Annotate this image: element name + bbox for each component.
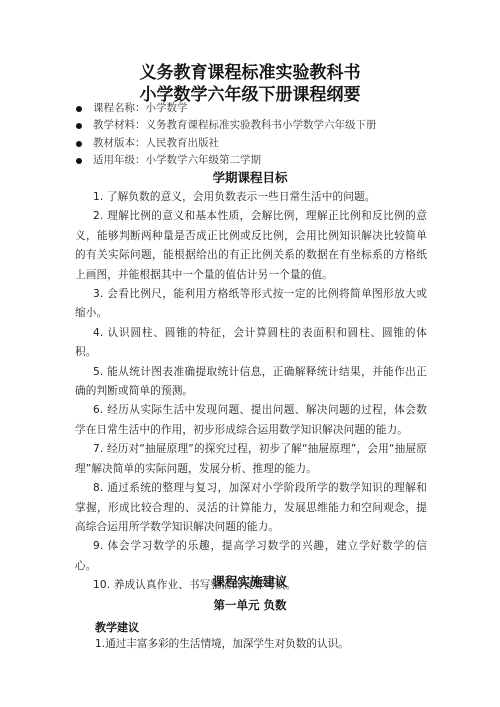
info-item-material: 教学材料：义务教育课程标准实验教科书小学数学六年级下册	[72, 117, 377, 134]
bullet-icon	[76, 158, 82, 164]
goal-item: 5. 能从统计图表准确提取统计信息，正确解释统计结果，并能作出正确的判断或简单的…	[75, 363, 427, 402]
goal-item: 6. 经历从实际生活中发现问题、提出问题、解决问题的过程，体会数学在日常生活中的…	[75, 401, 427, 440]
document-page: 义务教育课程标准实验教科书 小学数学六年级下册课程纲要 课程名称：小学数学 教学…	[0, 0, 500, 707]
goal-item: 4. 认识圆柱、圆锥的特征，会计算圆柱的表面积和圆柱、圆锥的体积。	[75, 324, 427, 363]
info-item-grade: 适用年级：小学数学六年级第二学期	[72, 152, 377, 169]
course-info-list: 课程名称：小学数学 教学材料：义务教育课程标准实验教科书小学数学六年级下册 教材…	[72, 100, 377, 169]
goals-list: 1. 了解负数的意义，会用负数表示一些日常生活中的问题。 2. 理解比例的意义和…	[75, 188, 427, 596]
goal-item: 1. 了解负数的意义，会用负数表示一些日常生活中的问题。	[75, 188, 427, 207]
goals-heading: 学期课程目标	[0, 168, 500, 186]
goal-item: 8. 通过系统的整理与复习，加深对小学阶段所学的数学知识的理解和掌握，形成比较合…	[75, 479, 427, 537]
goal-item: 3. 会看比例尺，能利用方格纸等形式按一定的比例将简单图形放大或缩小。	[75, 285, 427, 324]
unit-heading: 第一单元 负数	[0, 597, 500, 613]
info-item-edition: 教材版本：人民教育出版社	[72, 135, 377, 152]
bullet-icon	[76, 141, 82, 147]
bullet-icon	[76, 123, 82, 129]
goal-item: 7. 经历对“抽屉原理”的探究过程，初步了解“抽屉原理”，会用“抽屉原理”解决简…	[75, 440, 427, 479]
info-item-course-name: 课程名称：小学数学	[72, 100, 377, 117]
teaching-suggestion-item: 1.通过丰富多彩的生活情境，加深学生对负数的认识。	[95, 636, 349, 651]
teaching-suggestions-label: 教学建议	[95, 619, 139, 635]
implementation-heading: 课程实施建议	[0, 572, 500, 590]
goal-item: 9. 体会学习数学的乐趣，提高学习数学的兴趣，建立学好数学的信心。	[75, 537, 427, 576]
goal-item: 2. 理解比例的意义和基本性质，会解比例，理解正比例和反比例的意义，能够判断两种…	[75, 207, 427, 285]
bullet-icon	[76, 106, 82, 112]
